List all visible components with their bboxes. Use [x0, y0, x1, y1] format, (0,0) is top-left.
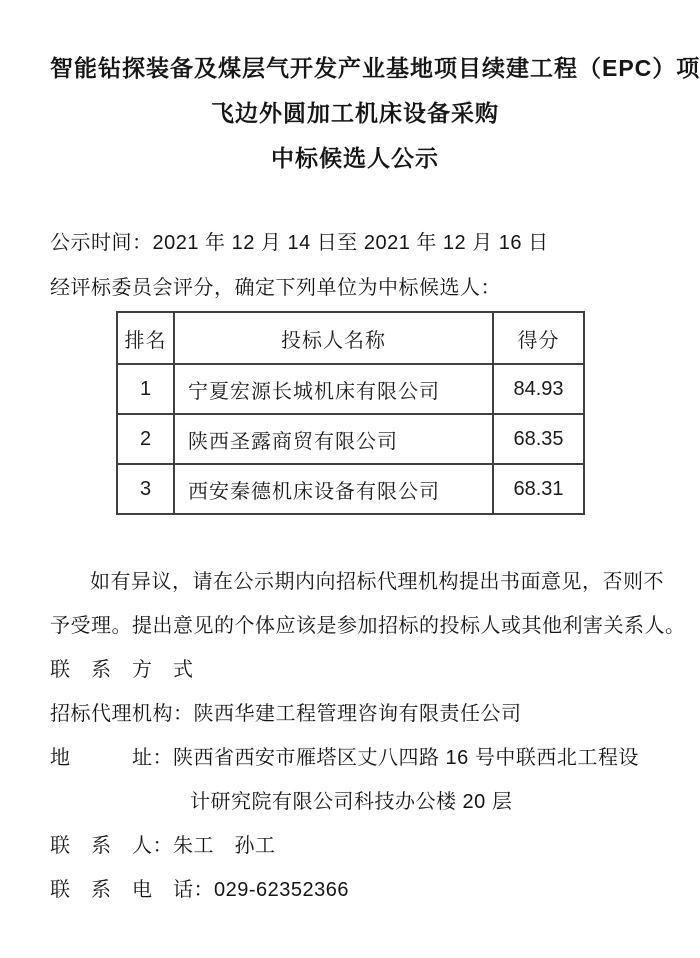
- announcement-document: 智能钻探装备及煤层气开发产业基地项目续建工程（EPC）项目 飞边外圆加工机床设备…: [0, 0, 700, 958]
- rank-cell: 1: [117, 364, 174, 414]
- bid-candidates-table: 排名 投标人名称 得分 1 宁夏宏源长城机床有限公司 84.93 2 陕西圣露商…: [116, 311, 585, 515]
- agency-address-line-1: 地 址：陕西省西安市雁塔区丈八四路 16 号中联西北工程设: [50, 736, 660, 780]
- publicity-period-text: 公示时间：2021 年 12 月 14 日至 2021 年 12 月 16 日: [50, 221, 660, 266]
- header-score: 得分: [493, 312, 584, 364]
- bidder-name-cell: 陕西圣露商贸有限公司: [174, 414, 493, 464]
- title-line-procurement: 飞边外圆加工机床设备采购: [50, 91, 660, 136]
- score-cell: 68.31: [493, 464, 584, 514]
- rank-cell: 2: [117, 414, 174, 464]
- table-row: 3 西安秦德机床设备有限公司 68.31: [117, 464, 584, 514]
- bidding-agency-text: 招标代理机构：陕西华建工程管理咨询有限责任公司: [50, 692, 660, 736]
- agency-address-line-2: 计研究院有限公司科技办公楼 20 层: [190, 780, 660, 824]
- objection-notice-line-1: 如有异议，请在公示期内向招标代理机构提出书面意见，否则不: [50, 560, 660, 604]
- score-cell: 84.93: [493, 364, 584, 414]
- rank-cell: 3: [117, 464, 174, 514]
- contact-person-text: 联 系 人：朱工 孙工: [50, 824, 660, 868]
- bidder-name-cell: 西安秦德机床设备有限公司: [174, 464, 493, 514]
- title-line-project: 智能钻探装备及煤层气开发产业基地项目续建工程（EPC）项目: [50, 46, 660, 91]
- notice-and-contact-section: 如有异议，请在公示期内向招标代理机构提出书面意见，否则不 予受理。提出意见的个体…: [50, 560, 660, 912]
- objection-notice-line-2: 予受理。提出意见的个体应该是参加招标的投标人或其他利害关系人。: [50, 604, 660, 648]
- evaluation-intro-text: 经评标委员会评分，确定下列单位为中标候选人：: [50, 266, 660, 311]
- header-rank: 排名: [117, 312, 174, 364]
- table-row: 1 宁夏宏源长城机床有限公司 84.93: [117, 364, 584, 414]
- table-header-row: 排名 投标人名称 得分: [117, 312, 584, 364]
- contact-info-heading: 联 系 方 式: [50, 648, 660, 692]
- title-line-announcement-type: 中标候选人公示: [50, 136, 660, 181]
- header-bidder-name: 投标人名称: [174, 312, 493, 364]
- bidder-name-cell: 宁夏宏源长城机床有限公司: [174, 364, 493, 414]
- table-row: 2 陕西圣露商贸有限公司 68.35: [117, 414, 584, 464]
- score-cell: 68.35: [493, 414, 584, 464]
- contact-phone-text: 联 系 电 话：029-62352366: [50, 868, 660, 912]
- document-title: 智能钻探装备及煤层气开发产业基地项目续建工程（EPC）项目 飞边外圆加工机床设备…: [50, 46, 660, 181]
